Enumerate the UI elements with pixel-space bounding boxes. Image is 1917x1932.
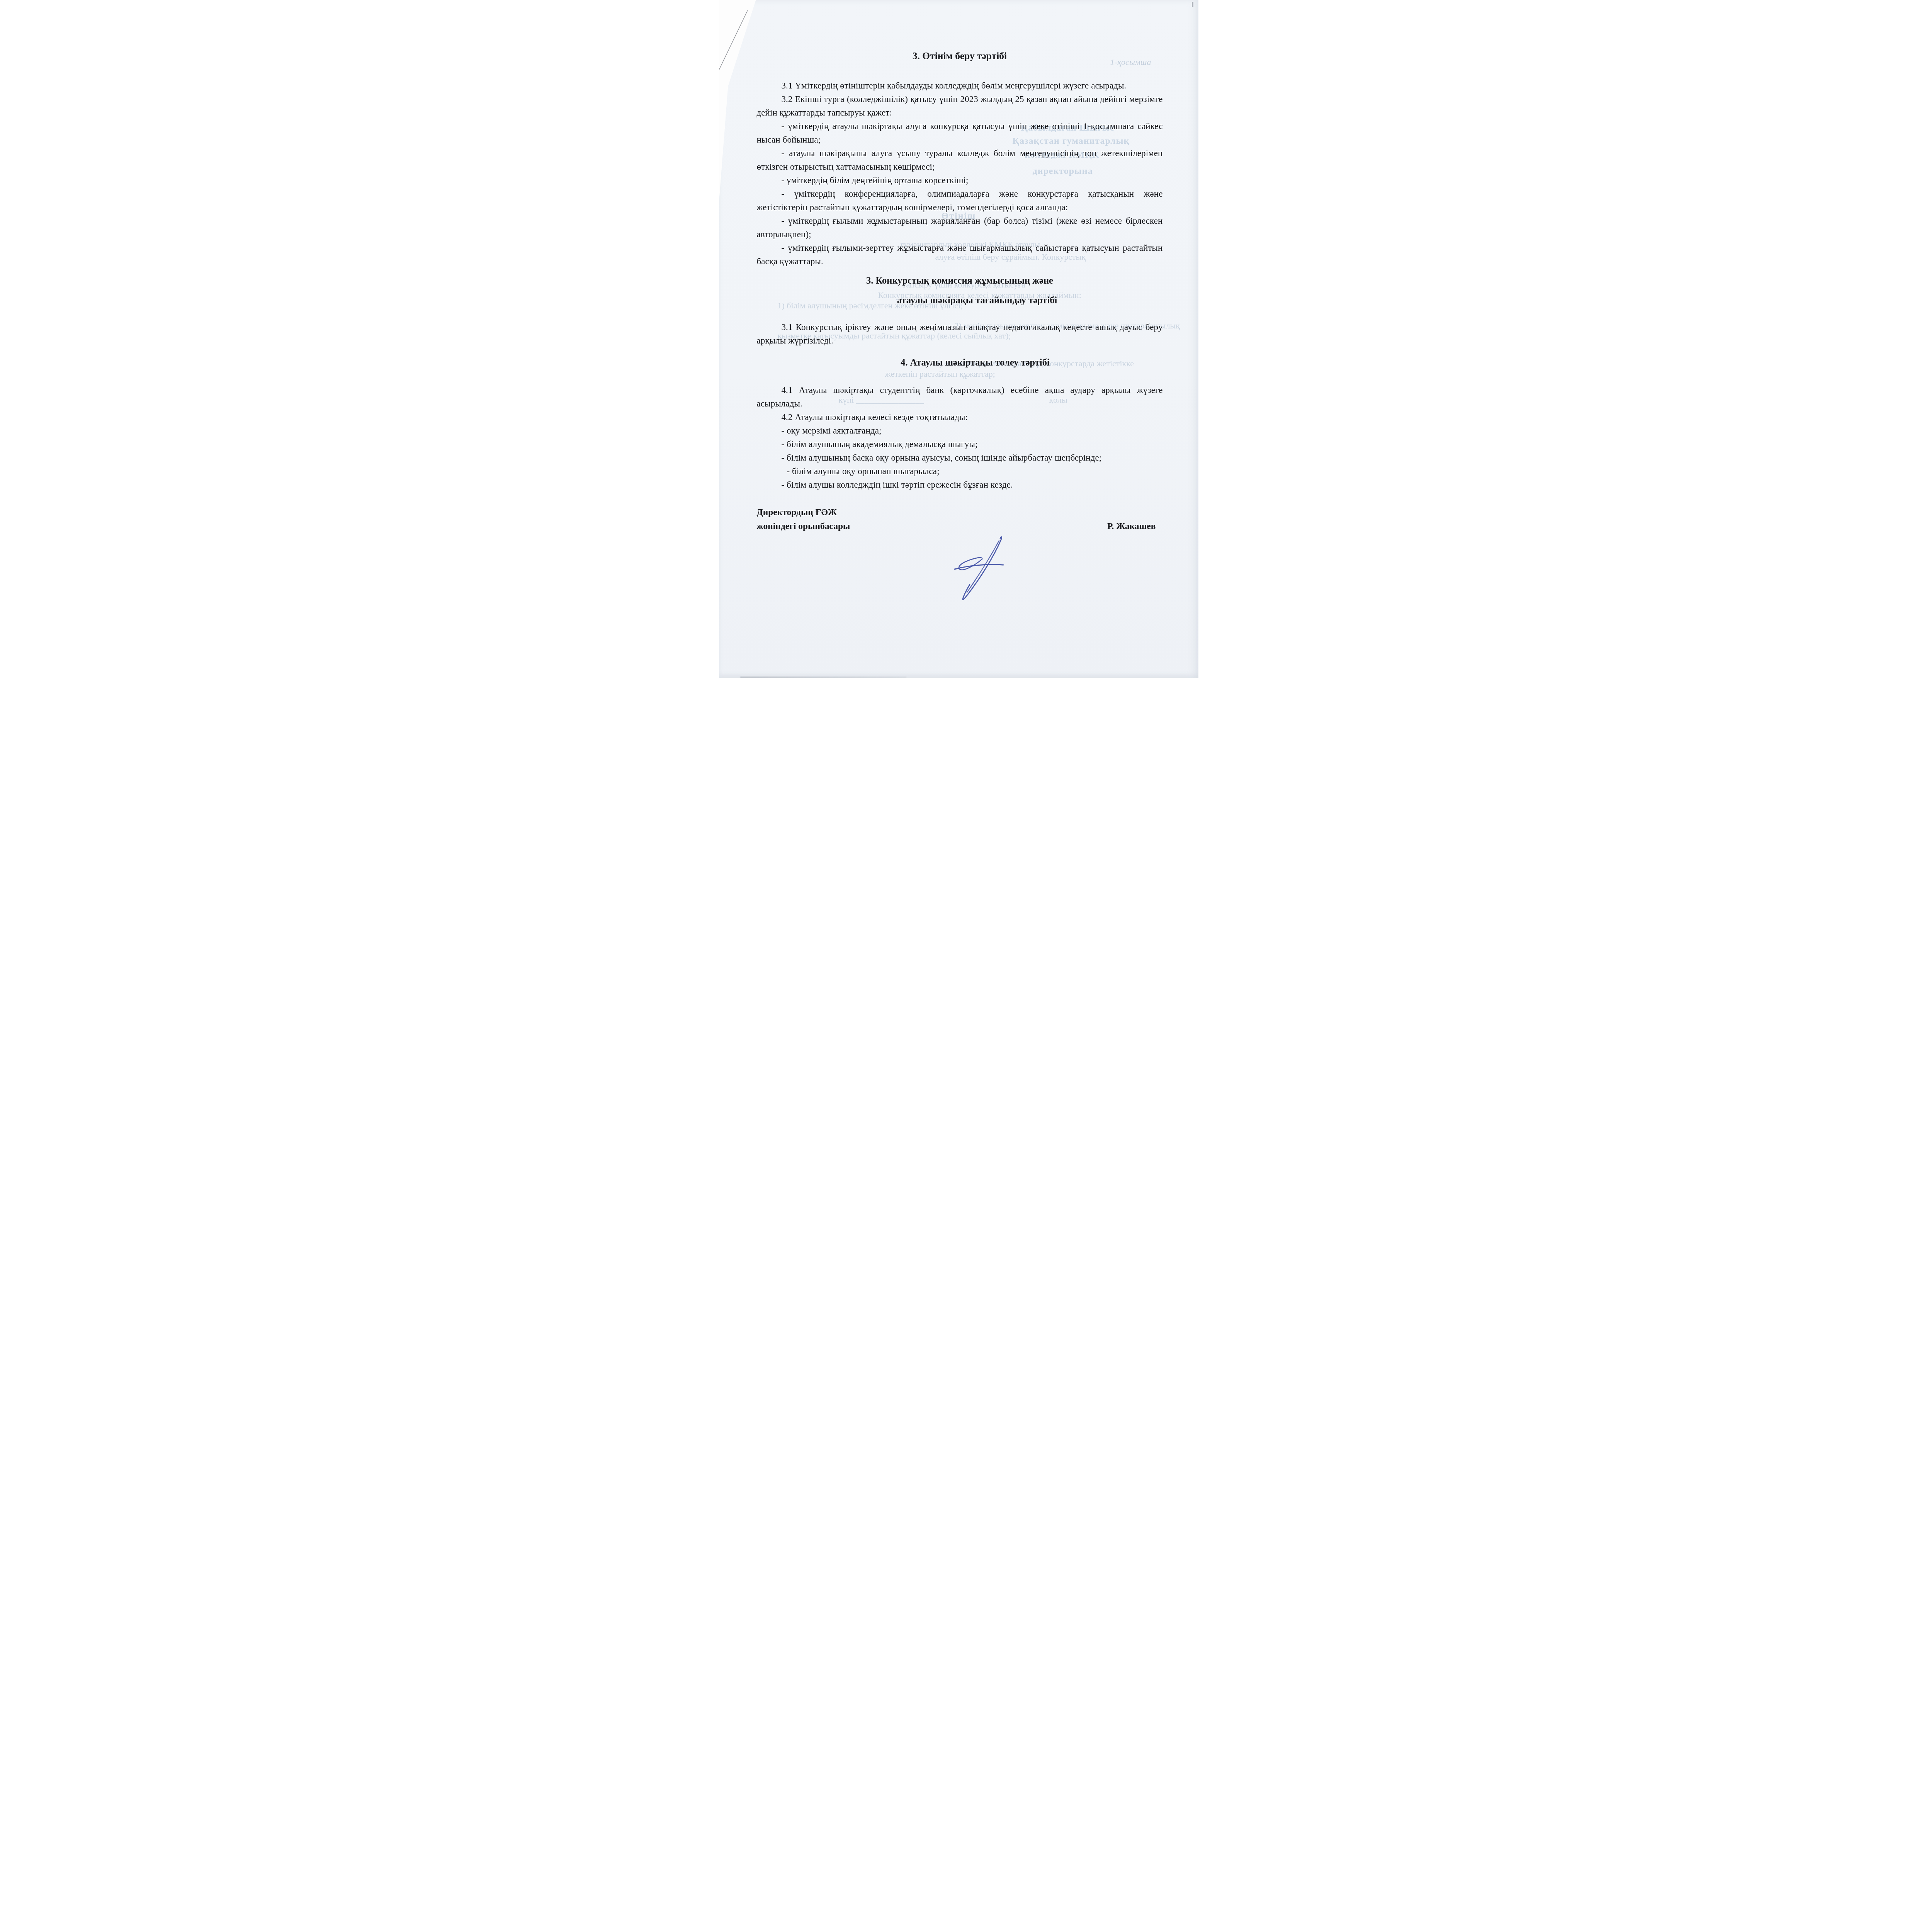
list-item: - үміткердің ғылыми-зерттеу жұмыстарға ж… [757, 241, 1163, 268]
page-crease-line [719, 0, 773, 85]
handwritten-signature [945, 524, 1013, 614]
scanned-document: 1-қосымша Қабылдаған Шығыс Қазақстан гум… [719, 0, 1198, 678]
section-4-title: 4. Атаулы шәкіртақы төлеу тәртібі [757, 356, 1163, 369]
list-item: - үміткердің конференцияларға, олимпиада… [757, 187, 1163, 214]
signer-role: Директордың ҒӘЖ жөніндегі орынбасары [757, 505, 850, 533]
scan-edge-mark [1192, 2, 1193, 7]
scan-bottom-smudge [740, 677, 906, 678]
paragraph-4-2: 4.2 Атаулы шәкіртақы келесі кезде тоқтат… [757, 410, 1163, 424]
list-item: - үміткердің атаулы шәкіртақы алуға конк… [757, 119, 1163, 146]
list-item: - білім алушының басқа оқу орнына ауысуы… [757, 451, 1163, 464]
list-item: - білім алушының академиялық демалысқа ш… [757, 437, 1163, 451]
paragraph-commission-3-1: 3.1 Конкурстық іріктеу және оның жеңімпа… [757, 320, 1163, 347]
paragraph-3-1: 3.1 Үміткердің өтініштерін қабылдауды ко… [757, 79, 1163, 92]
list-item: - үміткердің ғылыми жұмыстарының жарияла… [757, 214, 1163, 241]
document-body: 3. Өтінім беру тәртібі 3.1 Үміткердің өт… [757, 49, 1163, 533]
paragraph-3-2: 3.2 Екінші турға (колледжішілік) қатысу … [757, 92, 1163, 119]
paper-sheet: 1-қосымша Қабылдаған Шығыс Қазақстан гум… [719, 0, 1198, 678]
list-item: - үміткердің білім деңгейінің орташа көр… [757, 173, 1163, 187]
paragraph-4-1: 4.1 Атаулы шәкіртақы студенттің банк (ка… [757, 383, 1163, 410]
list-item: - атаулы шәкірақыны алуға ұсыну туралы к… [757, 146, 1163, 173]
section-3-title: 3. Өтінім беру тәртібі [757, 49, 1163, 63]
list-item: - оқу мерзімі аяқталғанда; [757, 424, 1163, 437]
list-item: - білім алушы колледждің ішкі тәртіп ере… [757, 478, 1163, 492]
list-item: - білім алушы оқу орнынан шығарылса; [757, 464, 1163, 478]
signer-role-line1: Директордың ҒӘЖ [757, 505, 850, 519]
signer-role-line2: жөніндегі орынбасары [757, 519, 850, 533]
section-commission-title-line2: атаулы шәкірақы тағайындау тәртібі [757, 293, 1163, 308]
section-commission-title-line1: 3. Конкурстық комиссия жұмысының және [757, 274, 1163, 288]
signer-name: Р. Жакашев [1107, 519, 1156, 533]
